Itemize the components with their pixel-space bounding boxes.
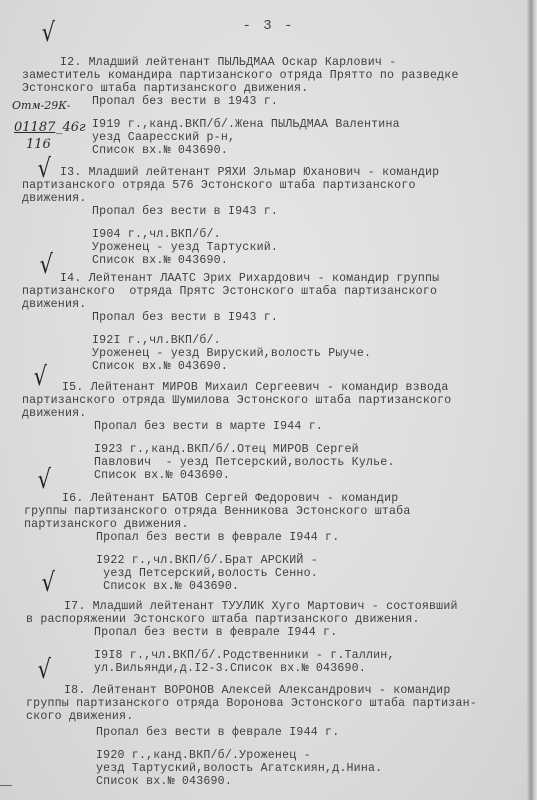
missing-status: Пропал без вести в 1943 г. bbox=[92, 95, 278, 108]
entry-detail-line: I904 г.,чл.ВКП/б/. bbox=[92, 228, 221, 241]
check-mark-icon: √ bbox=[42, 568, 55, 598]
entry-detail-line: I920 г.,канд.ВКП/б/.Уроженец - bbox=[96, 749, 311, 762]
entry-detail-line: уезд Тартуский,волость Агатскиян,д.Нина. bbox=[96, 762, 382, 775]
entry-detail-line: Павлович - уезд Петсерский,волость Кулье… bbox=[94, 456, 395, 469]
margin-note-archive-suffix: _46г bbox=[56, 120, 86, 135]
entry-header-line: партизанского отряда Прятс Эстонского шт… bbox=[22, 285, 437, 298]
entry-header-line: I4. Лейтенант ЛААТС Эрих Рихардович - ко… bbox=[60, 272, 439, 285]
entry-header-line: Эстонского штаба партизанского движения. bbox=[22, 82, 308, 95]
entry-detail-line: I92I г.,чл.ВКП/б/. bbox=[92, 334, 221, 347]
entry-header-line: движения. bbox=[22, 298, 86, 311]
missing-status: Пропал без вести в I943 г. bbox=[92, 205, 278, 218]
entry-header-line: I8. Лейтенант ВОРОНОВ Алексей Александро… bbox=[64, 684, 451, 697]
page-number: - 3 - bbox=[0, 18, 537, 34]
missing-status: Пропал без вести в I943 г. bbox=[92, 311, 278, 324]
entry-detail-line: Список вх.№ 043690. bbox=[92, 254, 228, 267]
margin-note-sheet: 116 bbox=[26, 137, 51, 152]
check-mark-icon: √ bbox=[38, 655, 51, 685]
entry-header-line: I5. Лейтенант МИРОВ Михаил Сергеевич - к… bbox=[62, 381, 449, 394]
missing-status: Пропал без вести в феврале I944 г. bbox=[94, 626, 337, 639]
check-mark-icon: √ bbox=[38, 465, 51, 495]
entry-header-line: I3. Младший лейтенант РЯХИ Эльмар Юханов… bbox=[60, 166, 439, 179]
entry-header-line: в распоряжении Эстонского штаба партизан… bbox=[26, 613, 420, 626]
entry-detail-line: I923 г.,канд.ВКП/б/.Отец МИРОВ Сергей bbox=[94, 443, 359, 456]
entry-detail-line: уезд Петсерский,волость Сенно. bbox=[96, 567, 318, 580]
entry-header-line: движения. bbox=[22, 407, 86, 420]
entry-header-line: партизанского отряда Шумилова Эстонского… bbox=[22, 394, 451, 407]
entry-detail-line: Список вх.№ 043690. bbox=[92, 360, 228, 373]
missing-status: Пропал без вести в феврале I944 г. bbox=[96, 531, 339, 544]
entry-header-line: I6. Лейтенант БАТОВ Сергей Федорович - к… bbox=[62, 492, 398, 505]
entry-detail-line: I922 г.,чл.ВКП/б/.Брат АРСКИЙ - bbox=[96, 554, 318, 567]
entry-detail-line: Список вх.№ 043690. bbox=[92, 144, 228, 157]
entry-detail-line: I919 г.,канд.ВКП/б/.Жена ПЫЛЬДМАА Валент… bbox=[92, 118, 400, 131]
entry-detail-line: Уроженец - уезд Вируский,волость Рыуче. bbox=[92, 347, 371, 360]
missing-status: Пропал без вести в феврале I944 г. bbox=[96, 726, 339, 739]
margin-note-ref: Отм-29К- bbox=[12, 99, 71, 112]
margin-note-archive-number: 01187 bbox=[14, 120, 55, 135]
entry-header-line: I7. Младший лейтенант ТУУЛИК Хуго Мартов… bbox=[64, 600, 458, 613]
check-mark-icon: √ bbox=[34, 362, 47, 392]
entry-header-line: движения. bbox=[22, 192, 86, 205]
entry-detail-line: уезд Сааресский р-н, bbox=[92, 131, 235, 144]
entry-header-line: I2. Младший лейтенант ПЫЛЬДМАА Оскар Кар… bbox=[60, 56, 396, 69]
entry-detail-line: Уроженец - уезд Тартуский. bbox=[92, 241, 278, 254]
entry-detail-line: ул.Вильянди,д.I2-3.Список вх.№ 043690. bbox=[94, 662, 366, 675]
entry-detail-line: Список вх.№ 043690. bbox=[96, 580, 239, 593]
entry-header-line: группы партизанского отряда Воронова Эст… bbox=[26, 697, 477, 710]
check-mark-icon: √ bbox=[40, 250, 53, 280]
missing-status: Пропал без вести в марте I944 г. bbox=[94, 420, 323, 433]
entry-detail-line: Список вх.№ 043690. bbox=[96, 775, 232, 788]
entry-header-line: партизанского движения. bbox=[24, 518, 189, 531]
page-edge-shadow bbox=[527, 0, 537, 800]
entry-header-line: партизанского отряда 576 Эстонского штаб… bbox=[22, 179, 416, 192]
entry-detail-line: Список вх.№ 043690. bbox=[94, 469, 230, 482]
entry-header-line: группы партизанского отряда Венникова Эс… bbox=[24, 505, 411, 518]
page-corner-mark bbox=[0, 785, 12, 786]
check-mark-icon: √ bbox=[42, 18, 55, 48]
entry-detail-line: I9I8 г.,чл.ВКП/б/.Родственники - г.Талли… bbox=[94, 649, 395, 662]
entry-header-line: ского движения. bbox=[26, 710, 133, 723]
entry-header-line: заместитель командира партизанского отря… bbox=[22, 69, 459, 82]
